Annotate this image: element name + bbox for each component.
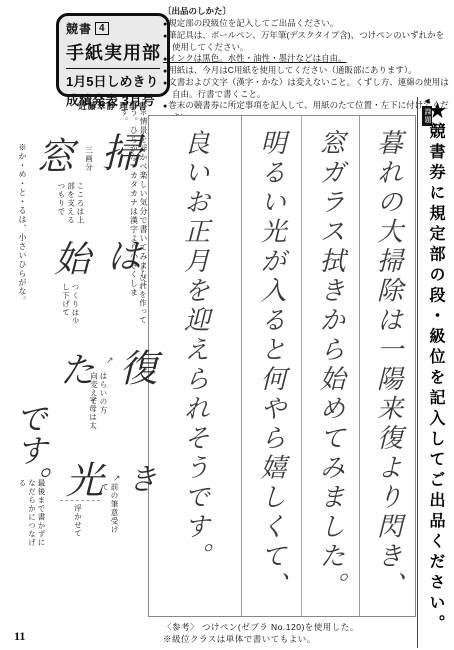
arrow-ne-icon: ↗ <box>106 355 114 366</box>
instruction-item: 文書および文字（漢字・かな）は変えないこと。くずし方、連綿の使用は自由。行書で書… <box>163 77 451 100</box>
example-note: 前の筆意受けて <box>100 483 119 538</box>
series-label: 競書 <box>66 20 92 37</box>
example-note: 字母は太 <box>88 396 98 438</box>
example-char-mado: 窓 <box>31 136 71 174</box>
example-note: 最後まで書かずになだらかにつなげる <box>27 479 46 547</box>
calligraphy-text: 暮れの大掃除は一陽来復より閃き、 <box>370 129 407 616</box>
example-note: つくりは少し下げて <box>61 283 80 331</box>
instruction-item: 用紙は、今月はC用紙を使用してください（通販部にあります）。 <box>163 65 451 77</box>
example-note: こころは上部を支えるつもりで <box>57 182 85 232</box>
calligraphy-column-4: 良いお正月を迎えられそうです。 <box>149 116 241 616</box>
calligraphy-column-2: 窓ガラス拭きから始めてみました。 <box>301 116 359 616</box>
calligraphy-column-1: 暮れの大掃除は一陽来復より閃き、 <box>359 116 416 616</box>
example-note: くびれを作って <box>138 265 148 335</box>
example-note: 三画分 <box>84 146 94 184</box>
example-char-ta: た <box>55 351 93 387</box>
arrow-ne-icon: ↗ <box>113 473 121 484</box>
example-char-hikari: 光 <box>60 460 100 501</box>
sidebar-divider <box>417 97 418 648</box>
calligraphy-text: 良いお正月を迎えられそうです。 <box>177 129 214 616</box>
section-title: 手紙実用部 <box>66 39 160 65</box>
deadline-text: 1月5日しめきり <box>66 71 160 90</box>
example-char-sou: 掃 <box>97 132 139 172</box>
example-char-ki: き <box>123 463 155 493</box>
magazine-page: 競書 4 手紙実用部 1月5日しめきり 成績発表 3月号 近藤翠静 理事書 〔出… <box>0 0 454 650</box>
calligraphy-model-box: 暮れの大掃除は一陽来復より閃き、 窓ガラス拭きから始めてみました。 明るい光が入… <box>148 115 416 617</box>
reference-note: 〈参考〉 つけペン(ゼブラ No.120)を使用した。 <box>163 621 359 633</box>
page-number: 11 <box>14 629 25 644</box>
calligraphy-column-3: 明るい光が入ると何やら嬉しくて、 <box>241 116 301 616</box>
calligraphy-text: 窓ガラス拭きから始めてみました。 <box>312 129 349 616</box>
example-char-hajime: 始 <box>50 240 88 276</box>
hiragana-note: ※か・め・と・るは、小さいひらがな。 <box>16 143 27 311</box>
example-char-fuku: 復 <box>114 348 154 386</box>
instruction-item: インクは黒色。水性・油性・墨汁などは自由。 <box>163 53 451 65</box>
author-credit: 近藤翠静 理事書 <box>56 100 170 112</box>
calligraphy-text: 明るい光が入ると何やら嬉しくて、 <box>253 129 290 616</box>
instruction-item: 筆記具は、ボールペン、万年筆(デスクタイプ含)、つけペンのいずれかを使用してくだ… <box>163 30 451 53</box>
example-char-ha: は <box>102 237 140 273</box>
instructions-title: 〔出品のしかた〕 <box>163 6 451 17</box>
issue-info-box: 競書 4 手紙実用部 1月5日しめきり 成績発表 3月号 <box>56 13 170 97</box>
sidebar-notice: ★競書券に規定部の段・級位を記入してご出品ください。 <box>424 102 447 647</box>
series-row: 競書 4 <box>66 20 160 37</box>
instruction-item: 規定部の段級位を記入してご出品ください。 <box>163 18 451 30</box>
example-note: 浮かせて <box>73 504 83 542</box>
title-divider <box>66 68 160 69</box>
class-note: ※級位クラスは単体で書いてもよい。 <box>163 633 316 645</box>
series-number-badge: 4 <box>95 22 109 35</box>
